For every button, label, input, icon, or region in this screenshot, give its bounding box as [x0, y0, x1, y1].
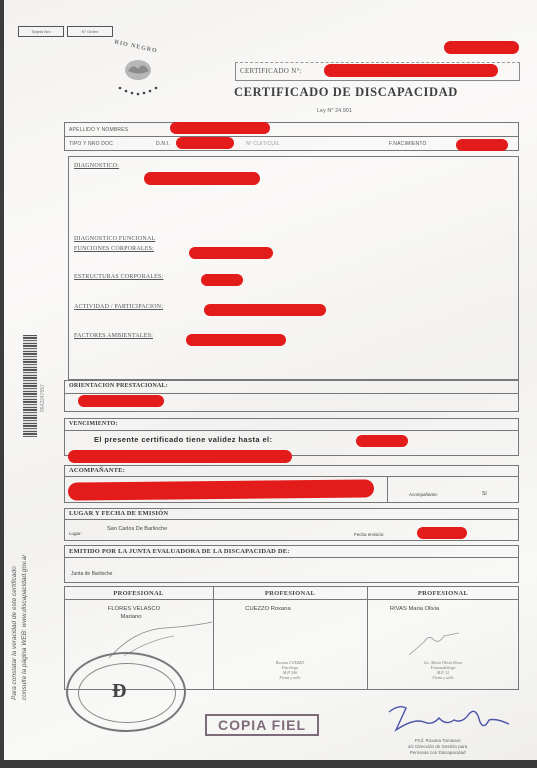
orientation-redaction: [78, 395, 164, 407]
activity-redaction: [204, 304, 326, 316]
verification-line-1: Para constatar la veracidad de este cert…: [10, 370, 20, 700]
issuance-label: LUGAR Y FECHA DE EMISIÓN: [69, 510, 168, 517]
place-label: Lugar:: [69, 531, 82, 536]
companion-field-value: SI: [482, 491, 487, 497]
director-signature-text: Prof. Roxana Tomasuri a/c Dirección de G…: [408, 738, 467, 756]
professional-2-name: CUEZZO Roxana: [213, 606, 323, 612]
verification-note: Para constatar la veracidad de este cert…: [10, 370, 30, 700]
environmental-factors-redaction: [186, 334, 286, 346]
seal-emblem-icon: Ð: [112, 680, 134, 706]
companion-label: ACOMPAÑANTE:: [69, 467, 125, 474]
divider: [64, 393, 519, 394]
copia-fiel-stamp: COPIA FIEL: [205, 714, 319, 736]
professional-3-header: PROFESIONAL: [367, 590, 519, 597]
divider: [64, 557, 519, 558]
validity-text: El presente certificado tiene validez ha…: [94, 435, 272, 444]
certificate-document: Tarjeta Nro N° Orden RIO NEGRO CERTIFICA…: [4, 0, 537, 760]
doc-redaction: [176, 137, 234, 149]
expiry-label: VENCIMIENTO:: [69, 421, 118, 427]
certificate-number-label: CERTIFICADO N°:: [240, 67, 302, 75]
issued-by-label: EMITIDO POR LA JUNTA EVALUADORA DE LA DI…: [69, 548, 290, 555]
scan-edge-bottom: [0, 760, 537, 768]
professional-2-stamp: Roxana CUEZZO Psicóloga M.P. 546 Firma y…: [213, 660, 367, 680]
companion-field-label: Acompañante:: [409, 492, 438, 497]
top-right-redaction: [444, 41, 519, 54]
name-label: APELLIDO Y NOMBRES: [69, 127, 128, 133]
document-title: CERTIFICADO DE DISCAPACIDAD: [234, 85, 458, 100]
certificate-number-redaction: [324, 64, 498, 77]
birth-redaction: [456, 139, 508, 151]
professional-2-header: PROFESIONAL: [213, 590, 367, 597]
place-value: San Carlos De Bariloche: [107, 526, 167, 532]
orientation-label: ORIENTACION PRESTACIONAL:: [69, 383, 168, 389]
name-redaction: [170, 122, 270, 134]
diagnosis-frame: [68, 156, 519, 380]
professional-1-name: FLORES VELASCO: [64, 606, 204, 612]
divider: [64, 430, 519, 431]
barcode-number: 9542247557: [40, 384, 46, 412]
issue-date-redaction: [417, 527, 467, 539]
tarjeta-box: Tarjeta Nro: [18, 26, 64, 37]
professional-3-name: RIVAS Maria Olivia: [367, 606, 462, 612]
body-structures-redaction: [201, 274, 243, 286]
professional-1-header: PROFESIONAL: [64, 590, 213, 597]
body-functions-redaction: [189, 247, 273, 259]
divider: [64, 599, 519, 600]
orden-box: N° Orden: [67, 26, 113, 37]
verification-line-2: consulte la página WEB: www.discapacidad…: [20, 370, 30, 700]
law-reference: Ley N° 24.901: [317, 108, 352, 114]
province-logo-icon: [104, 40, 176, 102]
signer-department: Personas con Discapacidad: [408, 750, 467, 756]
cuit-label: Nº CUIT/CUIL: [246, 141, 280, 147]
director-signature-icon: [384, 700, 514, 740]
body-functions-label: FUNCIONES CORPORALES:: [74, 246, 154, 252]
body-structures-label: ESTRUCTURAS CORPORALES:: [74, 274, 163, 280]
validity-date-redaction: [356, 435, 408, 447]
issued-by-value: Junta de Bariloche: [71, 571, 112, 577]
expiry-note-redaction: [68, 450, 292, 463]
professional-3-signature-icon: [404, 630, 464, 660]
activity-label: ACTIVIDAD / PARTICIPACION:: [74, 304, 163, 310]
diagnosis-label: DIAGNOSTICO:: [74, 163, 119, 169]
issue-date-label: Fecha emisión:: [354, 532, 385, 537]
divider: [387, 476, 388, 503]
doc-type: D.N.I.: [156, 141, 170, 147]
divider: [64, 476, 519, 477]
companion-redaction: [68, 479, 374, 500]
functional-diagnosis-label: DIAGNOSTICO FUNCIONAL: [74, 236, 155, 242]
environmental-factors-label: FACTORES AMBIENTALES:: [74, 333, 153, 339]
diagnosis-redaction: [144, 172, 260, 185]
divider: [64, 519, 519, 520]
doc-label: TIPO Y NRO DOC: [69, 141, 113, 147]
birth-label: F.NACIMIENTO: [389, 141, 427, 147]
divider: [64, 136, 519, 137]
professional-3-stamp: Lic. Maria Olivia Rivas Fonoaudióloga M.…: [367, 660, 519, 680]
